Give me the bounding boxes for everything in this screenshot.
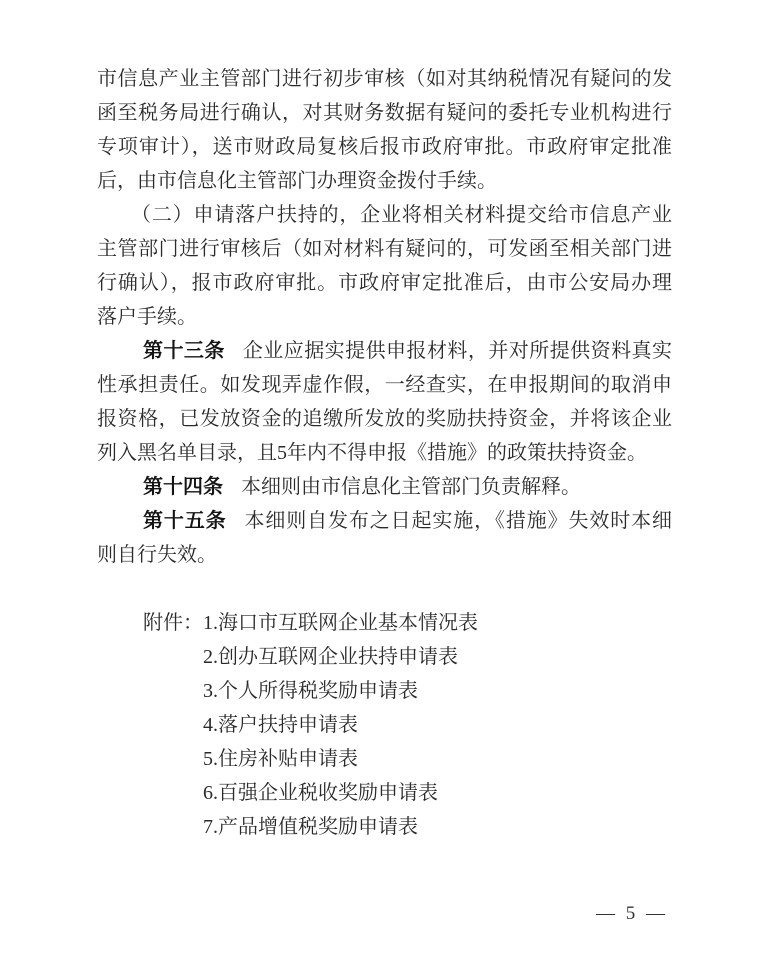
paragraph-line: 市信息产业主管部门进行初步审核（如对其纳税情况有疑问的发 [97, 62, 672, 96]
paragraph-line: 后，由市信息化主管部门办理资金拨付手续。 [97, 164, 672, 198]
attachment-item: 3.个人所得税奖励申请表 [203, 674, 672, 708]
article-number: 第十四条 [143, 476, 223, 498]
attachments-section: 附件： 1.海口市互联网企业基本情况表 2.创办互联网企业扶持申请表 3.个人所… [143, 606, 672, 844]
paragraph-line: 列入黑名单目录，且5年内不得申报《措施》的政策扶持资金。 [97, 436, 672, 470]
attachment-item: 7.产品增值税奖励申请表 [203, 810, 672, 844]
article-text: 本细则自发布之日起实施，《措施》失效时本细 [245, 510, 673, 532]
paragraph-line: 第十五条本细则自发布之日起实施，《措施》失效时本细 [97, 504, 672, 538]
attachment-item: 5.住房补贴申请表 [203, 742, 672, 776]
page-number: — 5 — [0, 903, 668, 925]
paragraph-line: 第十四条本细则由市信息化主管部门负责解释。 [97, 470, 672, 504]
paragraph-line: 行确认），报市政府审批。市政府审定批准后，由市公安局办理 [97, 266, 672, 300]
attachment-item: 1.海口市互联网企业基本情况表 [203, 606, 672, 640]
article-text: 本细则由市信息化主管部门负责解释。 [241, 476, 581, 498]
article-number: 第十五条 [143, 510, 227, 532]
paragraph-line: 专项审计），送市财政局复核后报市政府审批。市政府审定批准 [97, 130, 672, 164]
paragraph-line: 报资格，已发放资金的追缴所发放的奖励扶持资金，并将该企业 [97, 402, 672, 436]
document-body: 市信息产业主管部门进行初步审核（如对其纳税情况有疑问的发 函至税务局进行确认，对… [97, 62, 672, 844]
attachment-item: 2.创办互联网企业扶持申请表 [203, 640, 672, 674]
paragraph-line: 落户手续。 [97, 300, 672, 334]
paragraph-line: （二）申请落户扶持的，企业将相关材料提交给市信息产业 [97, 198, 672, 232]
paragraph-line: 第十三条企业应据实提供申报材料，并对所提供资料真实 [97, 334, 672, 368]
paragraph-line: 性承担责任。如发现弄虚作假，一经查实，在申报期间的取消申 [97, 368, 672, 402]
paragraph-line: 则自行失效。 [97, 538, 672, 572]
attachment-item: 4.落户扶持申请表 [203, 708, 672, 742]
attachment-item: 6.百强企业税收奖励申请表 [203, 776, 672, 810]
paragraph-line: 函至税务局进行确认，对其财务数据有疑问的委托专业机构进行 [97, 96, 672, 130]
attachments-label: 附件： [143, 606, 203, 640]
article-number: 第十三条 [143, 340, 225, 362]
attachments-list: 1.海口市互联网企业基本情况表 2.创办互联网企业扶持申请表 3.个人所得税奖励… [203, 606, 672, 844]
document-page: 市信息产业主管部门进行初步审核（如对其纳税情况有疑问的发 函至税务局进行确认，对… [0, 0, 780, 962]
spacer [97, 572, 672, 606]
paragraph-line: 主管部门进行审核后（如对材料有疑问的，可发函至相关部门进 [97, 232, 672, 266]
article-text: 企业应据实提供申报材料，并对所提供资料真实 [243, 340, 672, 362]
